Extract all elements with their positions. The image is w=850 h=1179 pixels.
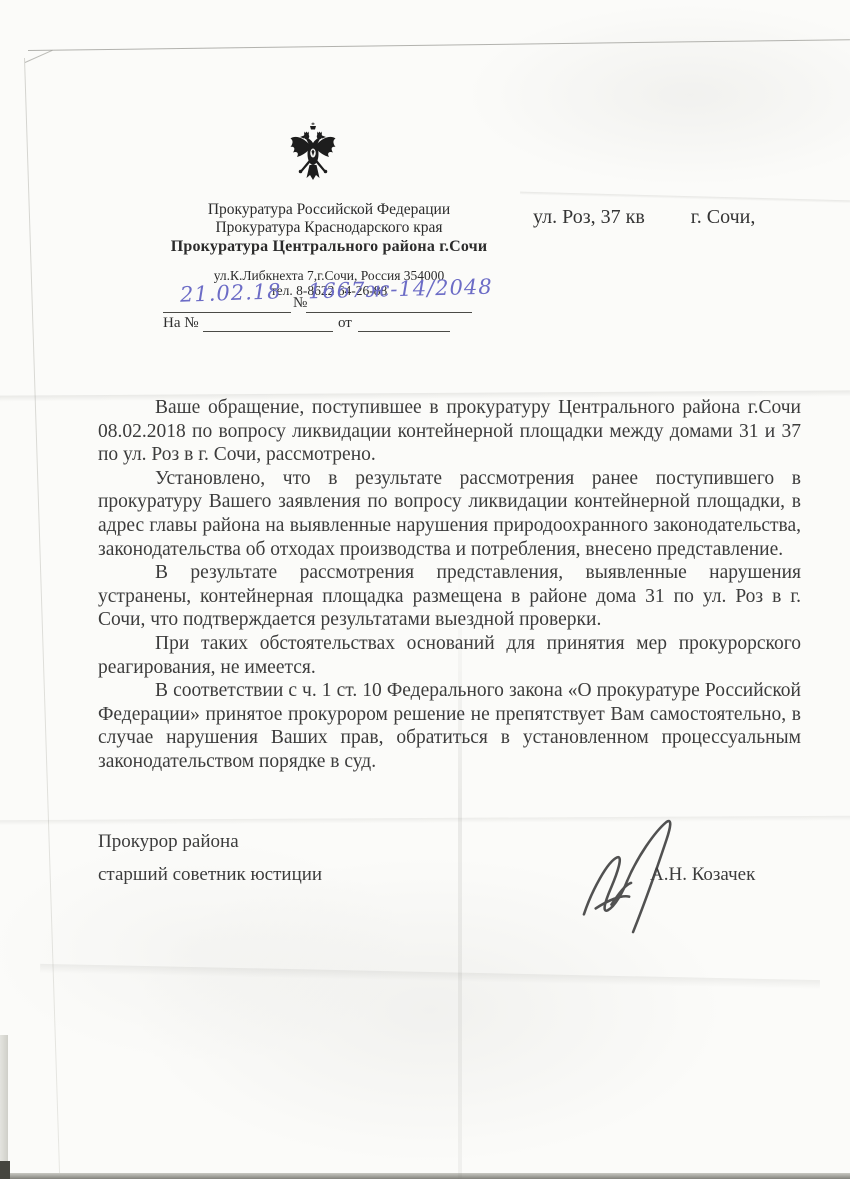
signer-position-line1: Прокурор района (98, 831, 239, 853)
incoming-number-label: На № (163, 315, 199, 332)
body-paragraph: При таких обстоятельствах оснований для … (98, 632, 801, 679)
paper-top-edge (28, 39, 850, 51)
org-name-district: Прокуратура Центрального района г.Сочи (113, 237, 545, 256)
scan-bottom-edge (0, 1173, 850, 1179)
letter-body: Ваше обращение, поступившее в прокуратур… (98, 396, 801, 774)
signer-position-line2: старший советник юстиции (98, 864, 322, 886)
org-name-federation: Прокуратура Российской Федерации (113, 201, 545, 219)
paper-crease (520, 192, 850, 204)
recipient-address: ул. Роз, 37 квг. Сочи, (533, 206, 755, 229)
paper-left-edge (24, 58, 60, 1179)
double-headed-eagle-emblem-icon (287, 121, 339, 193)
form-line (358, 331, 450, 332)
number-sign-label: № (293, 295, 307, 312)
scan-left-artifact (0, 1035, 8, 1179)
form-line (203, 331, 333, 332)
body-paragraph: В соответствии с ч. 1 ст. 10 Федеральног… (98, 679, 801, 773)
scan-bottom-corner-mark (0, 1161, 10, 1179)
recipient-address-city: г. Сочи, (691, 206, 756, 228)
form-line (163, 312, 291, 313)
org-name-krai: Прокуратура Краснодарского края (113, 219, 545, 237)
from-date-label: от (338, 315, 352, 332)
reference-block: 21.02.18 № 1667ж-14/2048 На № от (160, 283, 480, 339)
form-line (306, 312, 472, 313)
signer-name: А.Н. Козачек (650, 864, 755, 886)
scanned-letter-page: Прокуратура Российской Федерации Прокура… (0, 0, 850, 1179)
paper-crease (0, 816, 850, 825)
paper-corner-fold (25, 50, 53, 63)
recipient-address-street: ул. Роз, 37 кв (533, 206, 645, 228)
body-paragraph: Ваше обращение, поступившее в прокуратур… (98, 396, 801, 467)
handwritten-outgoing-number: 1667ж-14/2048 (308, 275, 493, 304)
body-paragraph: В результате рассмотрения представления,… (98, 561, 801, 632)
redacted-apartment-number (645, 213, 691, 223)
body-paragraph: Установлено, что в результате рассмотрен… (98, 467, 801, 561)
handwritten-date: 21.02.18 (180, 279, 282, 307)
paper-crease (40, 964, 820, 989)
